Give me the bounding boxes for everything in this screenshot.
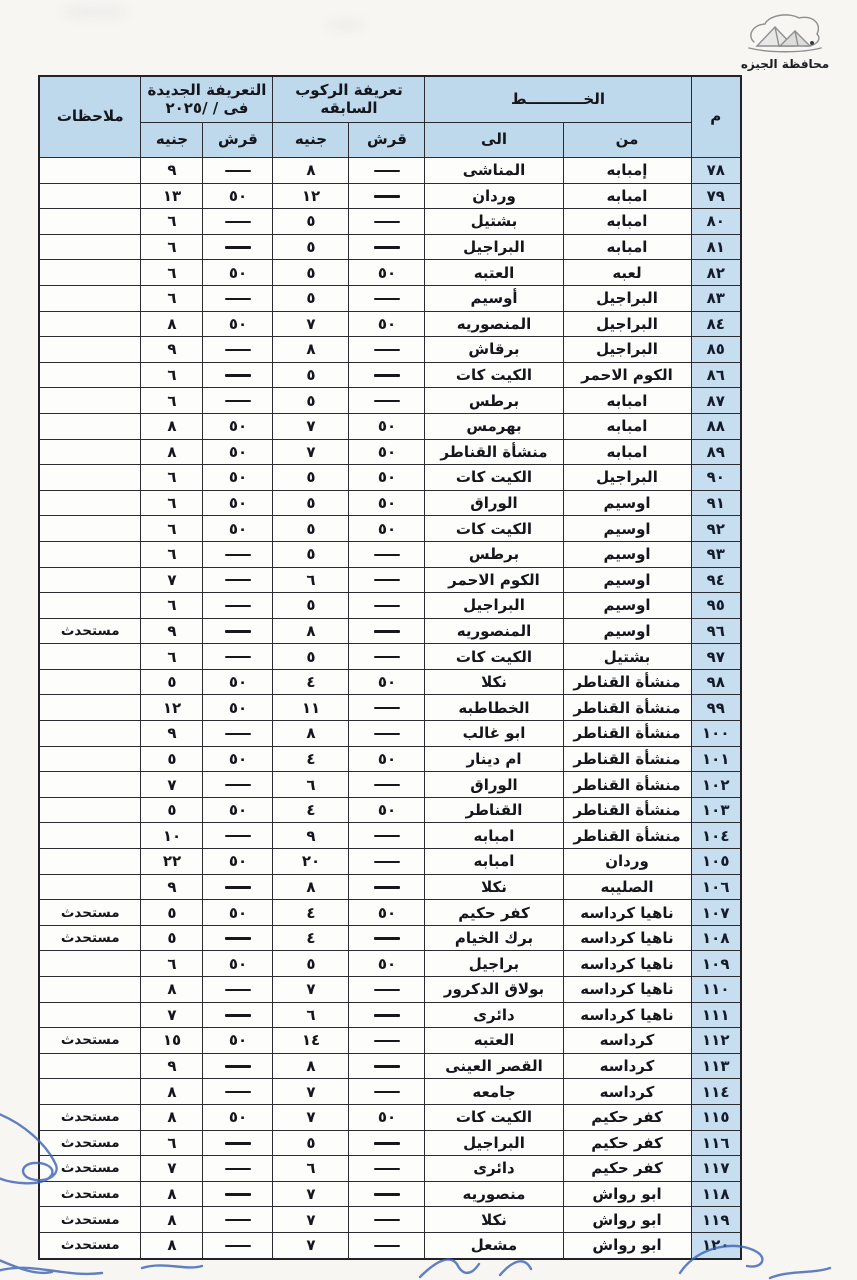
cell-row-number: ١٠٠ <box>691 721 741 747</box>
cell-to: الخطاطبه <box>425 695 563 721</box>
cell-to: ابو غالب <box>425 721 563 747</box>
cell-to: أوسيم <box>425 285 563 311</box>
cell-from: امبابه <box>563 439 691 465</box>
cell-new-piasters <box>203 977 273 1003</box>
cell-new-piasters: ٥٠ <box>203 695 273 721</box>
table-row: ١١٦ كفر حكيم البراجيل ٥ ٦ مستحدث <box>39 1130 741 1156</box>
cell-new-pounds: ٩ <box>141 337 203 363</box>
cell-notes <box>39 823 141 849</box>
cell-new-pounds: ٨ <box>141 311 203 337</box>
cell-notes <box>39 1002 141 1028</box>
cell-prev-pounds: ٨ <box>273 1053 349 1079</box>
no-piasters-dash <box>225 835 251 837</box>
cell-to: برك الخيام <box>425 925 563 951</box>
cell-new-pounds: ٧ <box>141 1002 203 1028</box>
cell-prev-piasters <box>349 618 425 644</box>
cell-row-number: ١٢٠ <box>691 1232 741 1258</box>
header-new-fare-line2: فى / /٢٠٢٥ <box>143 100 270 117</box>
cell-new-pounds: ٢٢ <box>141 849 203 875</box>
cell-new-piasters <box>203 388 273 414</box>
cell-notes <box>39 797 141 823</box>
cell-from: الكوم الاحمر <box>563 362 691 388</box>
cell-prev-piasters <box>349 695 425 721</box>
table-row: ١١٨ ابو رواش منصوريه ٧ ٨ مستحدث <box>39 1181 741 1207</box>
cell-prev-piasters <box>349 593 425 619</box>
no-piasters-dash <box>374 246 400 248</box>
no-piasters-dash <box>374 1219 400 1221</box>
table-row: ٩٨ منشأة القناطر نكلا ٥٠ ٤ ٥٠ ٥ <box>39 669 741 695</box>
cell-new-piasters: ٥٠ <box>203 439 273 465</box>
table-row: ١٠٩ ناهيا كرداسه براجيل ٥٠ ٥ ٥٠ ٦ <box>39 951 741 977</box>
cell-new-pounds: ٨ <box>141 439 203 465</box>
no-piasters-dash <box>374 989 400 991</box>
cell-notes <box>39 311 141 337</box>
cell-prev-pounds: ١٤ <box>273 1028 349 1054</box>
no-piasters-dash <box>225 170 251 172</box>
cell-to: الوراق <box>425 490 563 516</box>
cell-new-pounds: ١٢ <box>141 695 203 721</box>
cell-new-piasters <box>203 1207 273 1233</box>
cell-row-number: ١١٩ <box>691 1207 741 1233</box>
no-piasters-dash <box>225 1065 251 1067</box>
cell-new-piasters <box>203 925 273 951</box>
cell-to: الكوم الاحمر <box>425 567 563 593</box>
cell-row-number: ٧٨ <box>691 158 741 184</box>
cell-row-number: ٨١ <box>691 234 741 260</box>
table-row: ١٠٦ الصليبه نكلا ٨ ٩ <box>39 874 741 900</box>
cell-prev-pounds: ٧ <box>273 1232 349 1258</box>
no-piasters-dash <box>374 937 400 939</box>
cell-row-number: ١٠٢ <box>691 772 741 798</box>
cell-row-number: ٧٩ <box>691 183 741 209</box>
no-piasters-dash <box>225 937 251 939</box>
no-piasters-dash <box>225 1142 251 1144</box>
cell-to: الكيت كات <box>425 644 563 670</box>
cell-row-number: ١٠٤ <box>691 823 741 849</box>
scan-smudge <box>325 20 365 30</box>
cell-notes <box>39 644 141 670</box>
cell-prev-piasters <box>349 823 425 849</box>
cell-row-number: ١٠٩ <box>691 951 741 977</box>
cell-prev-piasters: ٥٠ <box>349 413 425 439</box>
no-piasters-dash <box>225 1091 251 1093</box>
cell-to: نكلا <box>425 1207 563 1233</box>
header-notes: ملاحظات <box>39 76 141 158</box>
cell-new-pounds: ٥ <box>141 925 203 951</box>
cell-row-number: ٩٤ <box>691 567 741 593</box>
cell-from: منشأة القناطر <box>563 746 691 772</box>
no-piasters-dash <box>374 298 400 300</box>
no-piasters-dash <box>225 1245 251 1247</box>
cell-row-number: ٩٦ <box>691 618 741 644</box>
table-row: ١١٢ كرداسه العتبه ١٤ ٥٠ ١٥ مستحدث <box>39 1028 741 1054</box>
cell-prev-piasters <box>349 644 425 670</box>
cell-new-piasters <box>203 567 273 593</box>
no-piasters-dash <box>374 1065 400 1067</box>
cell-new-pounds: ٦ <box>141 362 203 388</box>
no-piasters-dash <box>374 554 400 556</box>
cell-prev-piasters <box>349 567 425 593</box>
cell-prev-piasters: ٥٠ <box>349 951 425 977</box>
cell-prev-piasters: ٥٠ <box>349 669 425 695</box>
table-row: ١١٤ كرداسه جامعه ٧ ٨ <box>39 1079 741 1105</box>
cell-new-pounds: ٩ <box>141 721 203 747</box>
no-piasters-dash <box>225 886 251 888</box>
cell-prev-piasters <box>349 721 425 747</box>
table-row: ٩٠ البراجيل الكيت كات ٥٠ ٥ ٥٠ ٦ <box>39 465 741 491</box>
cell-from: وردان <box>563 849 691 875</box>
giza-pyramids-logo-icon <box>744 10 826 56</box>
cell-notes <box>39 695 141 721</box>
cell-prev-piasters: ٥٠ <box>349 439 425 465</box>
table-row: ٨٨ امبابه بهرمس ٥٠ ٧ ٥٠ ٨ <box>39 413 741 439</box>
header-new-fare-line1: التعريفة الجديدة <box>143 82 270 99</box>
cell-from: ناهيا كرداسه <box>563 900 691 926</box>
cell-row-number: ١١٢ <box>691 1028 741 1054</box>
table-row: ١١٧ كفر حكيم دائرى ٦ ٧ مستحدث <box>39 1156 741 1182</box>
cell-from: اوسيم <box>563 618 691 644</box>
table-row: ٩٤ اوسيم الكوم الاحمر ٦ ٧ <box>39 567 741 593</box>
cell-from: منشأة القناطر <box>563 823 691 849</box>
table-row: ١١٩ ابو رواش نكلا ٧ ٨ مستحدث <box>39 1207 741 1233</box>
cell-from: كرداسه <box>563 1028 691 1054</box>
cell-from: البراجيل <box>563 311 691 337</box>
cell-row-number: ١١٧ <box>691 1156 741 1182</box>
table-row: ١٠١ منشأة القناطر ام دينار ٥٠ ٤ ٥٠ ٥ <box>39 746 741 772</box>
cell-prev-piasters <box>349 925 425 951</box>
cell-notes <box>39 772 141 798</box>
cell-new-pounds: ٦ <box>141 541 203 567</box>
header-index: م <box>691 76 741 158</box>
cell-notes: مستحدث <box>39 1156 141 1182</box>
cell-new-pounds: ٦ <box>141 234 203 260</box>
table-row: ٨٤ البراجيل المنصوريه ٥٠ ٧ ٥٠ ٨ <box>39 311 741 337</box>
cell-to: نكلا <box>425 669 563 695</box>
no-piasters-dash <box>374 707 400 709</box>
cell-prev-pounds: ٥ <box>273 209 349 235</box>
cell-prev-piasters <box>349 209 425 235</box>
cell-row-number: ٩٩ <box>691 695 741 721</box>
cell-notes <box>39 337 141 363</box>
no-piasters-dash <box>225 246 251 248</box>
cell-new-pounds: ٩ <box>141 618 203 644</box>
cell-prev-pounds: ٧ <box>273 413 349 439</box>
cell-new-pounds: ٦ <box>141 285 203 311</box>
header-new-piasters: قرش <box>203 123 273 158</box>
cell-from: كرداسه <box>563 1053 691 1079</box>
cell-prev-pounds: ٥ <box>273 285 349 311</box>
cell-prev-pounds: ٧ <box>273 1181 349 1207</box>
cell-new-piasters: ٥٠ <box>203 746 273 772</box>
cell-prev-piasters: ٥٠ <box>349 900 425 926</box>
cell-row-number: ٩٣ <box>691 541 741 567</box>
no-piasters-dash <box>225 1014 251 1016</box>
cell-new-piasters <box>203 644 273 670</box>
cell-new-piasters <box>203 1130 273 1156</box>
table-row: ٩٥ اوسيم البراجيل ٥ ٦ <box>39 593 741 619</box>
cell-new-piasters <box>203 337 273 363</box>
table-row: ١٠٠ منشأة القناطر ابو غالب ٨ ٩ <box>39 721 741 747</box>
cell-prev-piasters <box>349 874 425 900</box>
tariff-table-body: ٧٨ إمبابه المناشى ٨ ٩ ٧٩ امبابه وردان ١٢… <box>39 158 741 1259</box>
tariff-table: م الخـــــــــــط تعريفة الركوب السابقه … <box>38 75 742 1260</box>
cell-prev-pounds: ٨ <box>273 874 349 900</box>
cell-new-piasters <box>203 1156 273 1182</box>
cell-from: كفر حكيم <box>563 1104 691 1130</box>
table-row: ٨١ امبابه البراجيل ٥ ٦ <box>39 234 741 260</box>
cell-new-pounds: ٦ <box>141 1130 203 1156</box>
cell-new-piasters: ٥٠ <box>203 311 273 337</box>
cell-prev-pounds: ٢٠ <box>273 849 349 875</box>
cell-notes <box>39 541 141 567</box>
no-piasters-dash <box>374 1091 400 1093</box>
cell-prev-pounds: ٥ <box>273 1130 349 1156</box>
cell-new-pounds: ٩ <box>141 1053 203 1079</box>
table-row: ١٠٥ وردان امبابه ٢٠ ٥٠ ٢٢ <box>39 849 741 875</box>
cell-new-piasters <box>203 209 273 235</box>
cell-prev-pounds: ٧ <box>273 1079 349 1105</box>
no-piasters-dash <box>225 1219 251 1221</box>
cell-to: الكيت كات <box>425 465 563 491</box>
cell-row-number: ١١١ <box>691 1002 741 1028</box>
cell-to: الكيت كات <box>425 362 563 388</box>
no-piasters-dash <box>225 349 251 351</box>
cell-new-piasters <box>203 823 273 849</box>
cell-from: اوسيم <box>563 593 691 619</box>
cell-row-number: ٩١ <box>691 490 741 516</box>
cell-notes <box>39 183 141 209</box>
cell-new-pounds: ٩ <box>141 158 203 184</box>
cell-new-piasters <box>203 721 273 747</box>
cell-to: برقاش <box>425 337 563 363</box>
header-from: من <box>563 123 691 158</box>
table-row: ١٢٠ ابو رواش مشعل ٧ ٨ مستحدث <box>39 1232 741 1258</box>
no-piasters-dash <box>225 605 251 607</box>
cell-notes <box>39 721 141 747</box>
no-piasters-dash <box>374 605 400 607</box>
cell-row-number: ٨٤ <box>691 311 741 337</box>
no-piasters-dash <box>374 1040 400 1042</box>
cell-notes <box>39 977 141 1003</box>
cell-from: ناهيا كرداسه <box>563 977 691 1003</box>
header-previous-fare-line2: السابقه <box>275 100 422 117</box>
no-piasters-dash <box>225 733 251 735</box>
pen-scribble-corner <box>0 1258 52 1273</box>
cell-new-pounds: ٦ <box>141 516 203 542</box>
table-row: ١٠٢ منشأة القناطر الوراق ٦ ٧ <box>39 772 741 798</box>
cell-prev-pounds: ٧ <box>273 311 349 337</box>
cell-row-number: ١٠٨ <box>691 925 741 951</box>
table-row: ١٠٧ ناهيا كرداسه كفر حكيم ٥٠ ٤ ٥٠ ٥ مستح… <box>39 900 741 926</box>
cell-new-pounds: ٨ <box>141 1207 203 1233</box>
cell-row-number: ٩٠ <box>691 465 741 491</box>
cell-prev-pounds: ٧ <box>273 977 349 1003</box>
cell-row-number: ٨٣ <box>691 285 741 311</box>
cell-new-piasters <box>203 158 273 184</box>
table-row: ٩٧ بشتيل الكيت كات ٥ ٦ <box>39 644 741 670</box>
cell-prev-pounds: ٤ <box>273 900 349 926</box>
cell-new-piasters: ٥٠ <box>203 1104 273 1130</box>
no-piasters-dash <box>225 989 251 991</box>
cell-prev-piasters <box>349 388 425 414</box>
table-row: ١٠٣ منشأة القناطر القناطر ٥٠ ٤ ٥٠ ٥ <box>39 797 741 823</box>
cell-new-pounds: ٥ <box>141 797 203 823</box>
cell-to: دائرى <box>425 1002 563 1028</box>
cell-prev-piasters <box>349 285 425 311</box>
cell-row-number: ١١٤ <box>691 1079 741 1105</box>
cell-prev-piasters <box>349 1156 425 1182</box>
cell-prev-pounds: ٨ <box>273 158 349 184</box>
cell-from: إمبابه <box>563 158 691 184</box>
cell-prev-piasters <box>349 1130 425 1156</box>
no-piasters-dash <box>225 1193 251 1195</box>
cell-to: امبابه <box>425 849 563 875</box>
cell-prev-piasters <box>349 362 425 388</box>
cell-prev-piasters <box>349 337 425 363</box>
cell-from: اوسيم <box>563 567 691 593</box>
cell-notes <box>39 362 141 388</box>
cell-to: الكيت كات <box>425 516 563 542</box>
cell-to: العتبه <box>425 260 563 286</box>
cell-from: امبابه <box>563 183 691 209</box>
cell-from: ابو رواش <box>563 1181 691 1207</box>
cell-to: القناطر <box>425 797 563 823</box>
cell-to: المنصوريه <box>425 618 563 644</box>
cell-prev-piasters <box>349 977 425 1003</box>
cell-row-number: ١١٨ <box>691 1181 741 1207</box>
cell-to: الوراق <box>425 772 563 798</box>
no-piasters-dash <box>225 400 251 402</box>
cell-prev-pounds: ٦ <box>273 1002 349 1028</box>
cell-prev-pounds: ٥ <box>273 516 349 542</box>
cell-new-piasters: ٥٠ <box>203 900 273 926</box>
cell-new-piasters <box>203 593 273 619</box>
cell-new-piasters: ٥٠ <box>203 849 273 875</box>
cell-new-piasters <box>203 1053 273 1079</box>
cell-prev-pounds: ٤ <box>273 925 349 951</box>
cell-to: دائرى <box>425 1156 563 1182</box>
scanned-tariff-document: محافظة الجيزه م الخـــــــــــط تعريفة ا… <box>0 0 857 1280</box>
cell-to: ام دينار <box>425 746 563 772</box>
cell-row-number: ١٠٦ <box>691 874 741 900</box>
cell-to: البراجيل <box>425 234 563 260</box>
cell-prev-pounds: ٥ <box>273 234 349 260</box>
cell-notes <box>39 388 141 414</box>
cell-from: بشتيل <box>563 644 691 670</box>
no-piasters-dash <box>225 1168 251 1170</box>
cell-notes <box>39 209 141 235</box>
cell-to: القصر العينى <box>425 1053 563 1079</box>
cell-new-pounds: ٦ <box>141 593 203 619</box>
cell-notes <box>39 951 141 977</box>
cell-row-number: ١٠٣ <box>691 797 741 823</box>
table-row: ٨٣ البراجيل أوسيم ٥ ٦ <box>39 285 741 311</box>
no-piasters-dash <box>374 170 400 172</box>
cell-row-number: ٨٨ <box>691 413 741 439</box>
cell-prev-pounds: ٥ <box>273 362 349 388</box>
cell-row-number: ١١٣ <box>691 1053 741 1079</box>
cell-notes <box>39 439 141 465</box>
cell-prev-piasters: ٥٠ <box>349 516 425 542</box>
cell-to: برطس <box>425 541 563 567</box>
no-piasters-dash <box>225 579 251 581</box>
cell-new-pounds: ٨ <box>141 1232 203 1258</box>
cell-row-number: ٨٠ <box>691 209 741 235</box>
table-row: ٩١ اوسيم الوراق ٥٠ ٥ ٥٠ ٦ <box>39 490 741 516</box>
no-piasters-dash <box>374 1142 400 1144</box>
cell-prev-piasters <box>349 1181 425 1207</box>
cell-prev-piasters <box>349 1053 425 1079</box>
cell-from: البراجيل <box>563 337 691 363</box>
cell-row-number: ٨٥ <box>691 337 741 363</box>
no-piasters-dash <box>374 835 400 837</box>
cell-prev-piasters <box>349 158 425 184</box>
cell-prev-pounds: ١٢ <box>273 183 349 209</box>
cell-new-pounds: ١٠ <box>141 823 203 849</box>
cell-prev-pounds: ٥ <box>273 541 349 567</box>
cell-to: مشعل <box>425 1232 563 1258</box>
cell-new-pounds: ٧ <box>141 567 203 593</box>
cell-row-number: ١١٠ <box>691 977 741 1003</box>
no-piasters-dash <box>225 374 251 376</box>
cell-notes <box>39 158 141 184</box>
cell-prev-piasters <box>349 541 425 567</box>
cell-to: الكيت كات <box>425 1104 563 1130</box>
cell-row-number: ٨٢ <box>691 260 741 286</box>
cell-new-piasters: ٥٠ <box>203 490 273 516</box>
cell-notes: مستحدث <box>39 925 141 951</box>
cell-prev-piasters: ٥٠ <box>349 797 425 823</box>
cell-notes <box>39 849 141 875</box>
cell-from: ابو رواش <box>563 1207 691 1233</box>
cell-from: كفر حكيم <box>563 1156 691 1182</box>
cell-from: لعبه <box>563 260 691 286</box>
cell-from: البراجيل <box>563 285 691 311</box>
no-piasters-dash <box>374 1014 400 1016</box>
cell-notes: مستحدث <box>39 1207 141 1233</box>
cell-prev-pounds: ٥ <box>273 951 349 977</box>
cell-new-pounds: ٨ <box>141 413 203 439</box>
cell-to: منصوريه <box>425 1181 563 1207</box>
cell-from: منشأة القناطر <box>563 797 691 823</box>
cell-notes <box>39 1053 141 1079</box>
cell-prev-pounds: ٦ <box>273 1156 349 1182</box>
no-piasters-dash <box>374 733 400 735</box>
cell-from: منشأة القناطر <box>563 669 691 695</box>
cell-row-number: ٩٥ <box>691 593 741 619</box>
cell-new-piasters <box>203 362 273 388</box>
table-row: ١١٣ كرداسه القصر العينى ٨ ٩ <box>39 1053 741 1079</box>
cell-notes <box>39 413 141 439</box>
cell-notes <box>39 1079 141 1105</box>
cell-prev-pounds: ٥ <box>273 644 349 670</box>
table-row: ١١١ ناهيا كرداسه دائرى ٦ ٧ <box>39 1002 741 1028</box>
cell-row-number: ٨٩ <box>691 439 741 465</box>
table-row: ٧٩ امبابه وردان ١٢ ٥٠ ١٣ <box>39 183 741 209</box>
cell-from: ناهيا كرداسه <box>563 925 691 951</box>
no-piasters-dash <box>374 221 400 223</box>
header-previous-fare-group: تعريفة الركوب السابقه <box>273 76 425 123</box>
table-row: ٨٩ امبابه منشأة القناطر ٥٠ ٧ ٥٠ ٨ <box>39 439 741 465</box>
cell-new-piasters: ٥٠ <box>203 260 273 286</box>
cell-from: امبابه <box>563 413 691 439</box>
cell-new-pounds: ٧ <box>141 772 203 798</box>
no-piasters-dash <box>374 579 400 581</box>
cell-notes <box>39 567 141 593</box>
governorate-name: محافظة الجيزه <box>737 57 833 71</box>
cell-new-pounds: ٦ <box>141 260 203 286</box>
table-row: ١٠٨ ناهيا كرداسه برك الخيام ٤ ٥ مستحدث <box>39 925 741 951</box>
